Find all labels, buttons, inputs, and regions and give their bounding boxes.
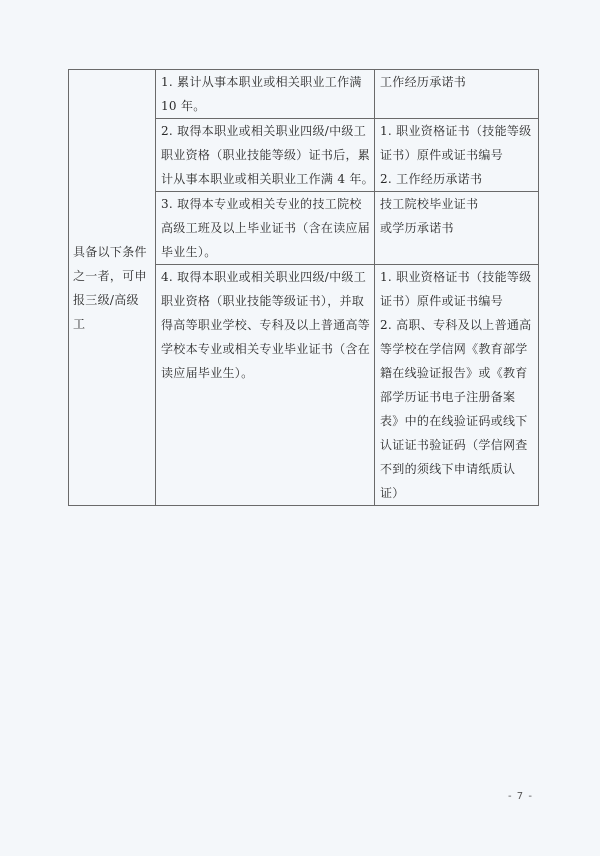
table-row: 具备以下条件 之一者，可申 报三级/高级 工 1. 累计从事本职业或相关职业工作… (69, 70, 539, 119)
page-number: - 7 - (508, 791, 533, 802)
materials-line: 1. 职业资格证书（技能等级 (380, 265, 534, 289)
materials-line: 技工院校毕业证书 (380, 192, 534, 216)
category-cell: 具备以下条件 之一者，可申 报三级/高级 工 (69, 70, 156, 506)
materials-cell: 技工院校毕业证书 或学历承诺书 (375, 192, 539, 265)
materials-line: 证） (380, 481, 534, 505)
condition-cell: 3. 取得本专业或相关专业的技工院校 高级工班及以上毕业证书（含在读应届 毕业生… (156, 192, 375, 265)
condition-cell: 4. 取得本职业或相关职业四级/中级工 职业资格（职业技能等级证书），并取 得高… (156, 265, 375, 506)
category-line: 具备以下条件 (73, 240, 151, 264)
condition-line: 高级工班及以上毕业证书（含在读应届 (161, 216, 370, 240)
materials-cell: 1. 职业资格证书（技能等级 证书）原件或证书编号 2. 工作经历承诺书 (375, 119, 539, 192)
condition-line: 学校本专业或相关专业毕业证书（含在 (161, 337, 370, 361)
condition-line: 1. 累计从事本职业或相关职业工作满 (161, 70, 370, 94)
condition-line: 职业资格（职业技能等级）证书后，累 (161, 143, 370, 167)
materials-line: 证书）原件或证书编号 (380, 289, 534, 313)
condition-line: 2. 取得本职业或相关职业四级/中级工 (161, 119, 370, 143)
requirements-table: 具备以下条件 之一者，可申 报三级/高级 工 1. 累计从事本职业或相关职业工作… (68, 69, 539, 506)
materials-line: 部学历证书电子注册备案 (380, 385, 534, 409)
condition-line: 得高等职业学校、专科及以上普通高等 (161, 313, 370, 337)
condition-line: 3. 取得本专业或相关专业的技工院校 (161, 192, 370, 216)
category-line: 之一者，可申 (73, 264, 151, 288)
materials-cell: 工作经历承诺书 (375, 70, 539, 119)
category-line: 报三级/高级 (73, 288, 151, 312)
condition-line: 读应届毕业生）。 (161, 361, 370, 385)
materials-cell: 1. 职业资格证书（技能等级 证书）原件或证书编号 2. 高职、专科及以上普通高… (375, 265, 539, 506)
materials-line: 2. 工作经历承诺书 (380, 167, 534, 191)
condition-line: 10 年。 (161, 94, 370, 118)
condition-line: 毕业生）。 (161, 240, 370, 264)
materials-line: 籍在线验证报告》或《教育 (380, 361, 534, 385)
materials-line: 工作经历承诺书 (380, 70, 534, 94)
condition-cell: 2. 取得本职业或相关职业四级/中级工 职业资格（职业技能等级）证书后，累 计从… (156, 119, 375, 192)
materials-line: 证书）原件或证书编号 (380, 143, 534, 167)
materials-line: 等学校在学信网《教育部学 (380, 337, 534, 361)
document-page: 具备以下条件 之一者，可申 报三级/高级 工 1. 累计从事本职业或相关职业工作… (0, 0, 600, 856)
condition-cell: 1. 累计从事本职业或相关职业工作满 10 年。 (156, 70, 375, 119)
category-line: 工 (73, 312, 151, 336)
condition-line: 4. 取得本职业或相关职业四级/中级工 (161, 265, 370, 289)
condition-line: 计从事本职业或相关职业工作满 4 年。 (161, 167, 370, 191)
materials-line: 1. 职业资格证书（技能等级 (380, 119, 534, 143)
condition-line: 职业资格（职业技能等级证书），并取 (161, 289, 370, 313)
materials-line: 表》中的在线验证码或线下 (380, 409, 534, 433)
materials-line: 认证证书验证码（学信网查 (380, 433, 534, 457)
materials-line: 2. 高职、专科及以上普通高 (380, 313, 534, 337)
materials-line: 或学历承诺书 (380, 216, 534, 240)
materials-line: 不到的须线下申请纸质认 (380, 457, 534, 481)
